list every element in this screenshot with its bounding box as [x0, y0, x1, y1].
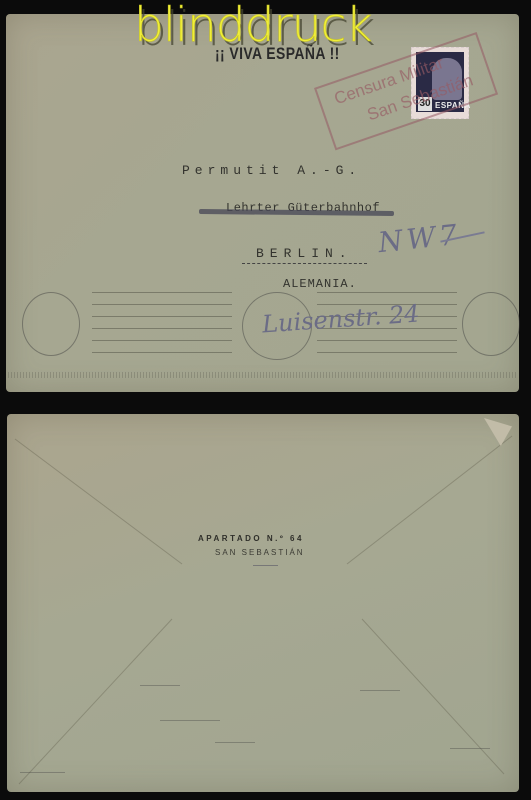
ghost-mark [215, 742, 255, 743]
ghost-mark [160, 720, 220, 721]
sender-underline [253, 565, 278, 566]
ghost-mark [20, 772, 65, 773]
ghost-mark [450, 748, 490, 749]
envelope-flap-lines [7, 414, 519, 792]
watermark-text: blinddruck [134, 0, 372, 53]
envelope-back [7, 414, 519, 792]
ghost-mark [360, 690, 400, 691]
sender-city: SAN SEBASTIÁN [215, 548, 305, 557]
sender-po-box: APARTADO N.º 64 [198, 534, 304, 543]
ghost-mark [140, 685, 180, 686]
